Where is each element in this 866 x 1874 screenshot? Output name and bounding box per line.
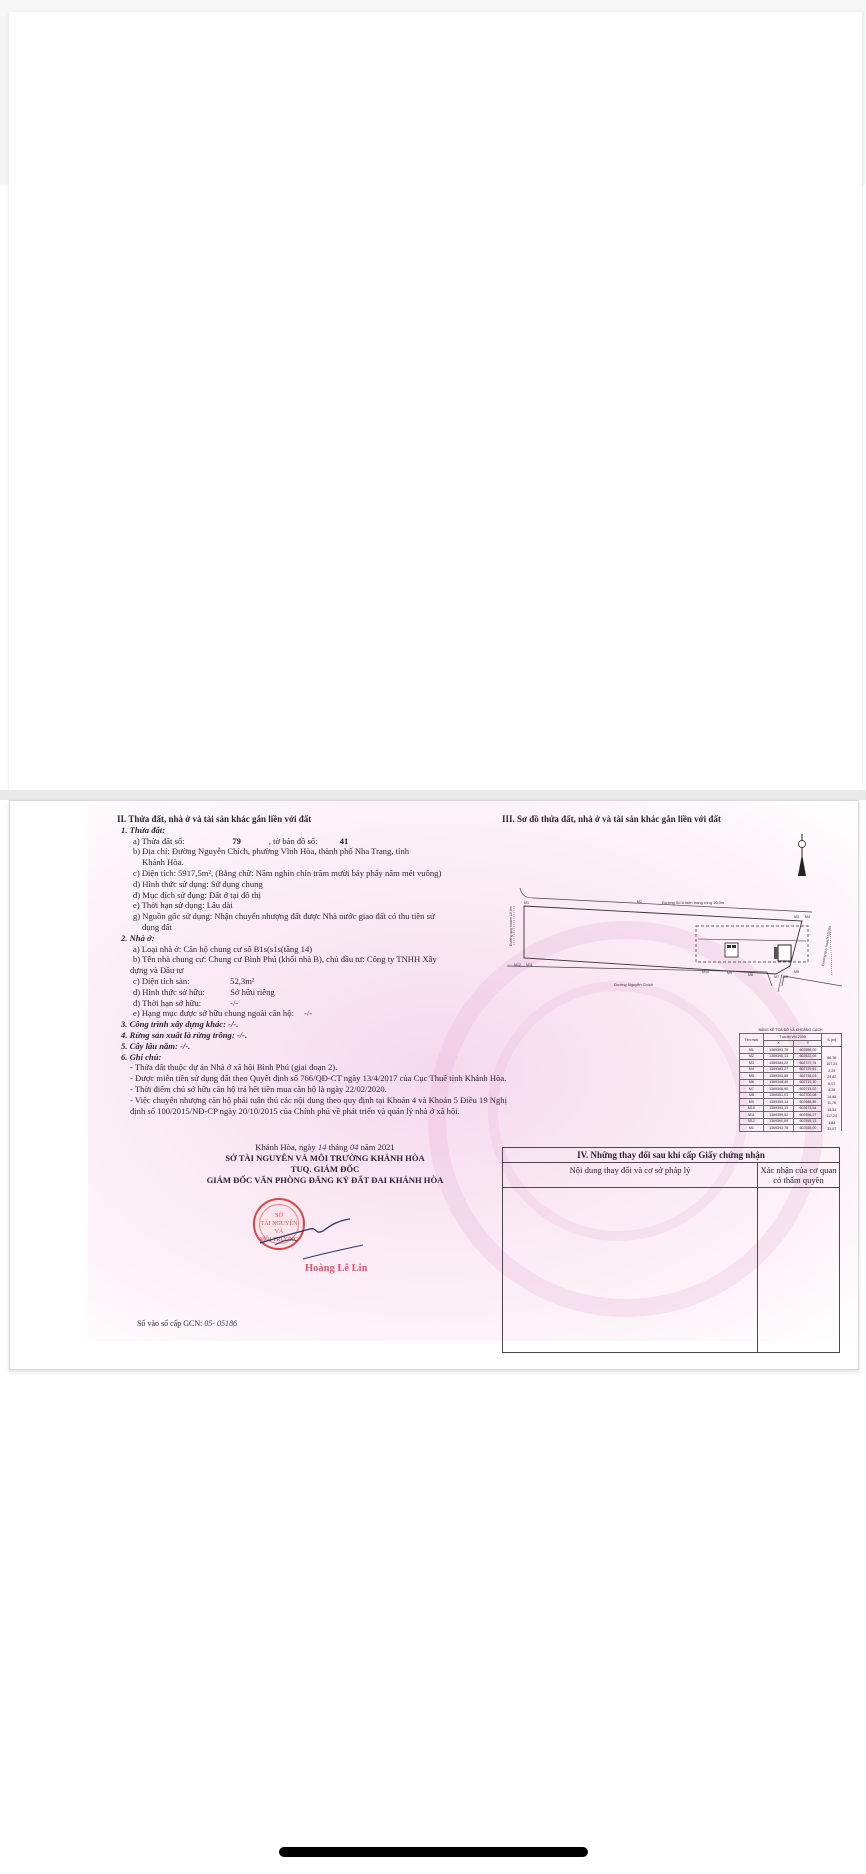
changes-col-content: Nội dung thay đổi và cơ sở pháp lý — [503, 1163, 758, 1187]
common-items-line: e) Hạng mục được sở hữu chung ngoài căn … — [133, 1008, 507, 1019]
changes-body — [503, 1187, 839, 1352]
land-area: c) Diện tích: 5917,5m², (Bằng chữ: Năm n… — [133, 868, 507, 879]
year-prefix: năm — [361, 1142, 376, 1152]
origin-line-2: dụng đất — [142, 922, 507, 933]
changes-confirmation-cell — [758, 1188, 839, 1352]
building-line-1: b) Tên nhà chung cư: Chung cư Bình Phú (… — [133, 954, 507, 965]
issue-year: 2021 — [378, 1142, 395, 1152]
road-bottom-label: Đường Nguyễn Chích — [614, 982, 653, 987]
other-works: 3. Công trình xây dựng khác: -/-. — [121, 1019, 507, 1030]
point-label: M5 — [794, 970, 799, 974]
coordinate-rows: M11369393,75602555,00M21369390,13602622,… — [740, 1047, 842, 1132]
month-prefix: tháng — [329, 1142, 348, 1152]
point-label: M12 — [514, 963, 521, 967]
floor-area-label: c) Diện tích sàn: — [133, 976, 228, 987]
registry-number: 05- 05186 — [204, 1319, 237, 1328]
registry-number-line: Số vào sổ cấp GCN: 05- 05186 — [137, 1319, 237, 1328]
registry-label: Số vào sổ cấp GCN: — [137, 1319, 202, 1328]
section-4-changes-table: IV. Những thay đổi sau khi cấp Giấy chứn… — [502, 1147, 840, 1353]
note-item: - Được miễn tiền sử dụng đất theo Quyết … — [130, 1073, 507, 1084]
home-indicator[interactable] — [279, 1847, 588, 1857]
point-label: M10 — [702, 970, 709, 974]
point-label: M2 — [637, 900, 642, 904]
point-label: M6 — [783, 975, 788, 979]
coordinate-table: BẢNG KÊ TỌA ĐỘ VÀ KHOẢNG CÁCH Tên mốc Tọ… — [739, 1028, 842, 1132]
parcel-line: a) Thửa đất số: 79 , tờ bản đồ số: 41 — [133, 836, 507, 847]
house-heading: 2. Nhà ở: — [121, 933, 507, 944]
ownership-form-line: d) Hình thức sở hữu: Sở hữu riêng — [133, 987, 507, 998]
ownership-term-value: -/- — [230, 998, 238, 1008]
use-term: e) Thời hạn sử dụng: Lâu dài — [133, 900, 507, 911]
address-line-1: b) Địa chỉ: Đường Nguyễn Chích, phường V… — [133, 846, 507, 857]
origin-line-1: g) Nguồn gốc sử dụng: Nhận chuyển nhượng… — [133, 911, 507, 922]
signer-title: GIÁM ĐỐC VĂN PHÒNG ĐĂNG KÝ ĐẤT ĐAI KHÁNH… — [150, 1175, 500, 1186]
point-label: M1 — [524, 901, 529, 905]
building-line-2: dựng và Đầu tư — [130, 965, 507, 976]
section-2-title: II. Thửa đất, nhà ở và tài sản khác gắn … — [117, 814, 507, 825]
use-form: d) Hình thức sử dụng: Sử dụng chung — [133, 879, 507, 890]
road-top-label: Đường Số 6 hiện trạng rộng 10,0m — [662, 900, 725, 905]
section-4-title: IV. Những thay đổi sau khi cấp Giấy chứn… — [503, 1148, 839, 1163]
signature-block: Khánh Hòa, ngày 14 tháng 04 năm 2021 SỞ … — [150, 1142, 500, 1186]
page-separator — [0, 790, 866, 800]
section-3-title: III. Sơ đồ thửa đất, nhà ở và tài sản kh… — [502, 814, 721, 824]
perennial-trees: 5. Cây lâu năm: -/-. — [121, 1041, 507, 1052]
note-item: - Thửa đất thuộc dự án Nhà ở xã hội Bình… — [130, 1062, 507, 1073]
ownership-form-label: d) Hình thức sở hữu: — [133, 987, 228, 998]
changes-col-confirmation: Xác nhận của cơ quan có thẩm quyền — [758, 1163, 839, 1187]
land-use-certificate-page: II. Thửa đất, nhà ở và tài sản khác gắn … — [9, 800, 859, 1370]
common-items-value: -/- — [304, 1008, 312, 1018]
handwritten-signature-icon — [255, 1211, 365, 1261]
date-prefix: Khánh Hòa, ngày — [255, 1142, 315, 1152]
blank-document-page — [9, 12, 862, 790]
common-items-label: e) Hạng mục được sở hữu chung ngoài căn … — [133, 1008, 294, 1018]
table-row: M11369393,75602555,0033,07 — [740, 1125, 842, 1132]
viewer-bottom-area — [0, 1378, 866, 1874]
floor-area-value: 52,3m² — [230, 976, 254, 986]
land-heading: 1. Thửa đất: — [121, 825, 507, 836]
issue-date: Khánh Hòa, ngày 14 tháng 04 năm 2021 — [150, 1142, 500, 1153]
map-sheet-number: 41 — [340, 836, 349, 847]
note-item: - Thời điểm chủ sở hữu căn hộ trả hết ti… — [130, 1084, 507, 1095]
house-type: a) Loại nhà ở: Căn hộ chung cư số B1s(s1… — [133, 944, 507, 955]
coordinate-table-title: BẢNG KÊ TỌA ĐỘ VÀ KHOẢNG CÁCH — [739, 1028, 842, 1032]
notes-heading: 6. Ghi chú: — [121, 1052, 507, 1063]
point-label: M9 — [727, 971, 732, 975]
ownership-term-line: đ) Thời hạn sở hữu: -/- — [133, 998, 507, 1009]
issue-day: 14 — [318, 1142, 327, 1152]
parcel-label: a) Thửa đất số: — [133, 836, 185, 846]
changes-header-row: Nội dung thay đổi và cơ sở pháp lý Xác n… — [503, 1163, 839, 1187]
issuing-agency: SỞ TÀI NGUYÊN VÀ MÔI TRƯỜNG KHÁNH HÒA — [150, 1153, 500, 1164]
issue-month: 04 — [350, 1142, 359, 1152]
point-label: M8 — [748, 973, 753, 977]
road-right-label: Đường quy hoạch 10,0m — [821, 926, 832, 966]
point-label: M3 — [794, 915, 799, 919]
note-item: - Việc chuyển nhượng căn hộ phải tuân th… — [130, 1095, 507, 1117]
ownership-form-value: Sở hữu riêng — [230, 987, 275, 997]
ownership-term-label: đ) Thời hạn sở hữu: — [133, 998, 228, 1009]
signer-name: Hoàng Lê Lin — [305, 1263, 367, 1274]
col-point: Tên mốc — [740, 1034, 764, 1047]
point-label: M11 — [526, 963, 533, 967]
parcel-number: 79 — [207, 836, 267, 847]
floor-area-line: c) Diện tích sàn: 52,3m² — [133, 976, 507, 987]
on-behalf: TUQ. GIÁM ĐỐC — [150, 1164, 500, 1175]
point-label: M4 — [805, 915, 810, 919]
point-label: M7 — [774, 975, 779, 979]
address-line-2: Khánh Hòa. — [142, 857, 507, 868]
parcel-diagram: M1 M2 M3 M4 M5 M6 M7 M8 M9 M10 M11 M12 Đ… — [502, 826, 842, 996]
col-distance: S (m) — [822, 1034, 842, 1047]
section-2: II. Thửa đất, nhà ở và tài sản khác gắn … — [117, 801, 507, 1116]
forest: 4. Rừng sản xuất là rừng trồng: -/-. — [121, 1030, 507, 1041]
north-arrow-icon — [798, 834, 806, 876]
distance-cell: 33,07 — [822, 1125, 842, 1132]
use-purpose: đ) Mục đích sử dụng: Đất ở tại đô thị — [133, 890, 507, 901]
map-sheet-label: , tờ bản đồ số: — [269, 836, 318, 846]
changes-content-cell — [503, 1188, 758, 1352]
coordinate-grid: Tên mốc Tọa độ VN-2000 S (m) X Y M113693… — [739, 1033, 842, 1132]
road-left-label: Đường quy hoạch 10,0m — [509, 906, 513, 946]
